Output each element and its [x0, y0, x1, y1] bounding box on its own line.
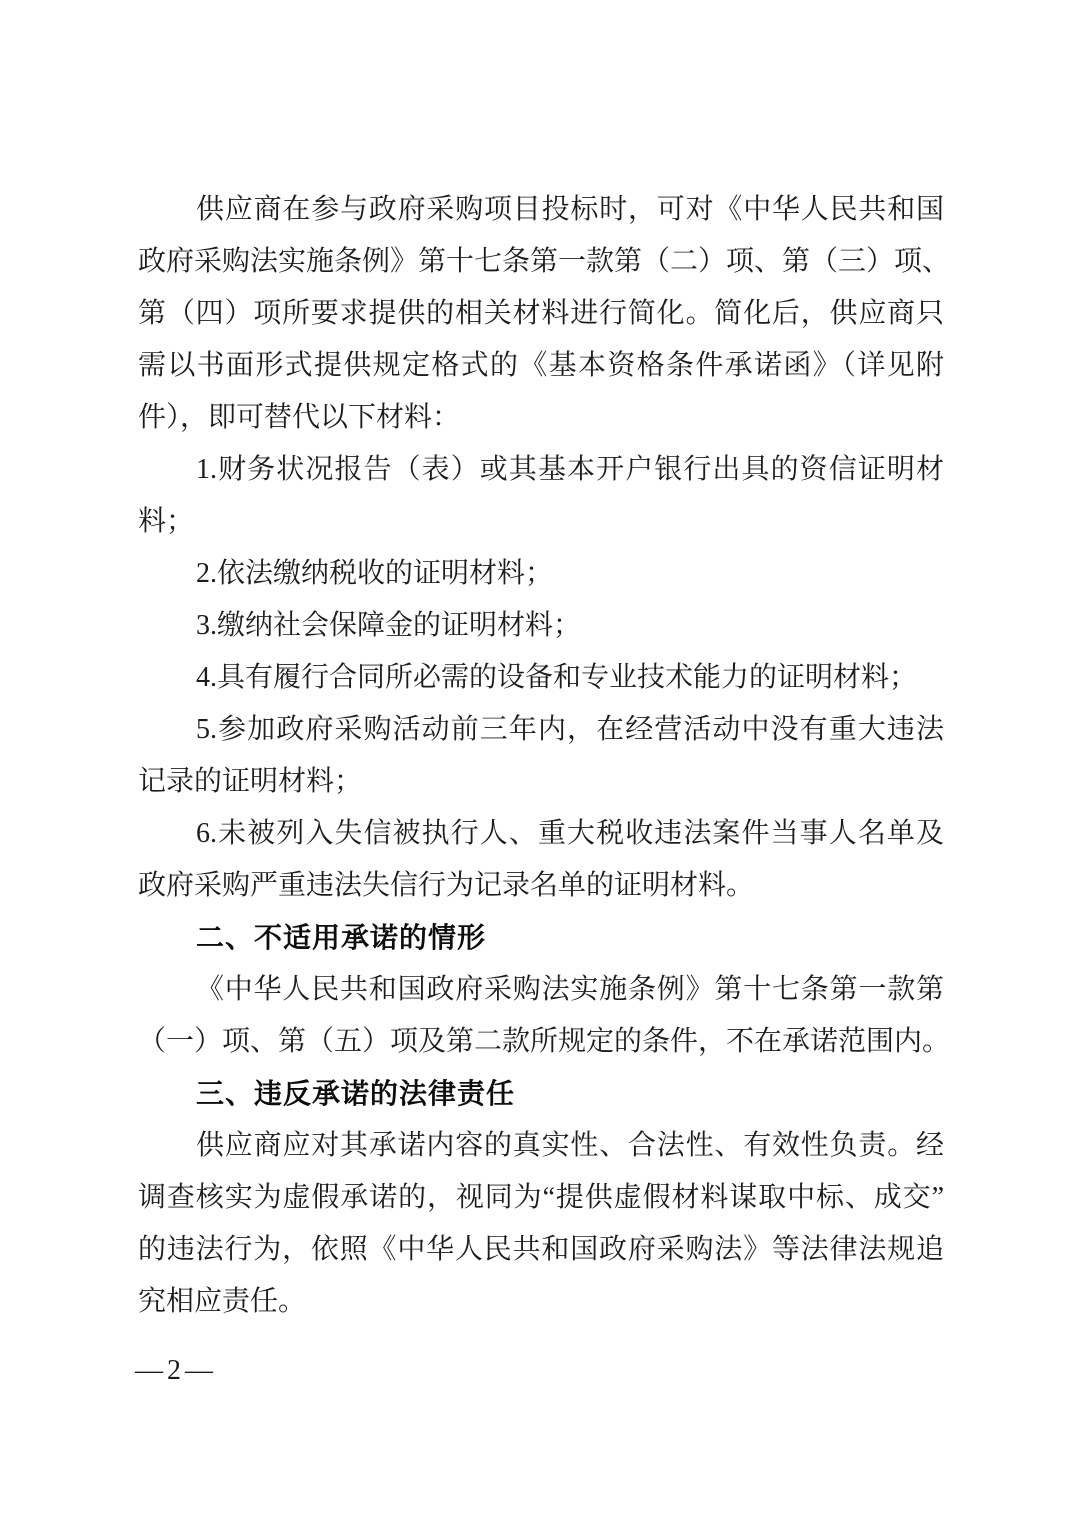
text-line: 4.具有履行合同所必需的设备和专业技术能力的证明材料； — [138, 652, 944, 704]
text-line: 究相应责任。 — [138, 1276, 944, 1328]
text-line: 记录的证明材料； — [138, 756, 944, 808]
text-line: 2.依法缴纳税收的证明材料； — [138, 548, 944, 600]
text-line: 供应商应对其承诺内容的真实性、合法性、有效性负责。经 — [138, 1120, 944, 1172]
section-heading: 三、违反承诺的法律责任 — [138, 1068, 944, 1120]
document-page: 供应商在参与政府采购项目投标时，可对《中华人民共和国政府采购法实施条例》第十七条… — [0, 0, 1074, 1520]
page-number: —2— — [135, 1351, 217, 1391]
text-line: 1.财务状况报告（表）或其基本开户银行出具的资信证明材 — [138, 444, 944, 496]
text-line: 《中华人民共和国政府采购法实施条例》第十七条第一款第 — [138, 964, 944, 1016]
text-line: 6.未被列入失信被执行人、重大税收违法案件当事人名单及 — [138, 808, 944, 860]
text-line: 需以书面形式提供规定格式的《基本资格条件承诺函》（详见附 — [138, 340, 944, 392]
section-heading: 二、不适用承诺的情形 — [138, 912, 944, 964]
text-line: 的违法行为，依照《中华人民共和国政府采购法》等法律法规追 — [138, 1224, 944, 1276]
document-body: 供应商在参与政府采购项目投标时，可对《中华人民共和国政府采购法实施条例》第十七条… — [138, 184, 944, 1328]
text-line: 3.缴纳社会保障金的证明材料； — [138, 600, 944, 652]
text-line: （一）项、第（五）项及第二款所规定的条件，不在承诺范围内。 — [138, 1016, 944, 1068]
text-line: 政府采购严重违法失信行为记录名单的证明材料。 — [138, 860, 944, 912]
text-line: 5.参加政府采购活动前三年内，在经营活动中没有重大违法 — [138, 704, 944, 756]
text-line: 件），即可替代以下材料： — [138, 392, 944, 444]
text-line: 第（四）项所要求提供的相关材料进行简化。简化后，供应商只 — [138, 288, 944, 340]
text-line: 调查核实为虚假承诺的，视同为“提供虚假材料谋取中标、成交” — [138, 1172, 944, 1224]
text-line: 供应商在参与政府采购项目投标时，可对《中华人民共和国 — [138, 184, 944, 236]
text-line: 料； — [138, 496, 944, 548]
text-line: 政府采购法实施条例》第十七条第一款第（二）项、第（三）项、 — [138, 236, 944, 288]
